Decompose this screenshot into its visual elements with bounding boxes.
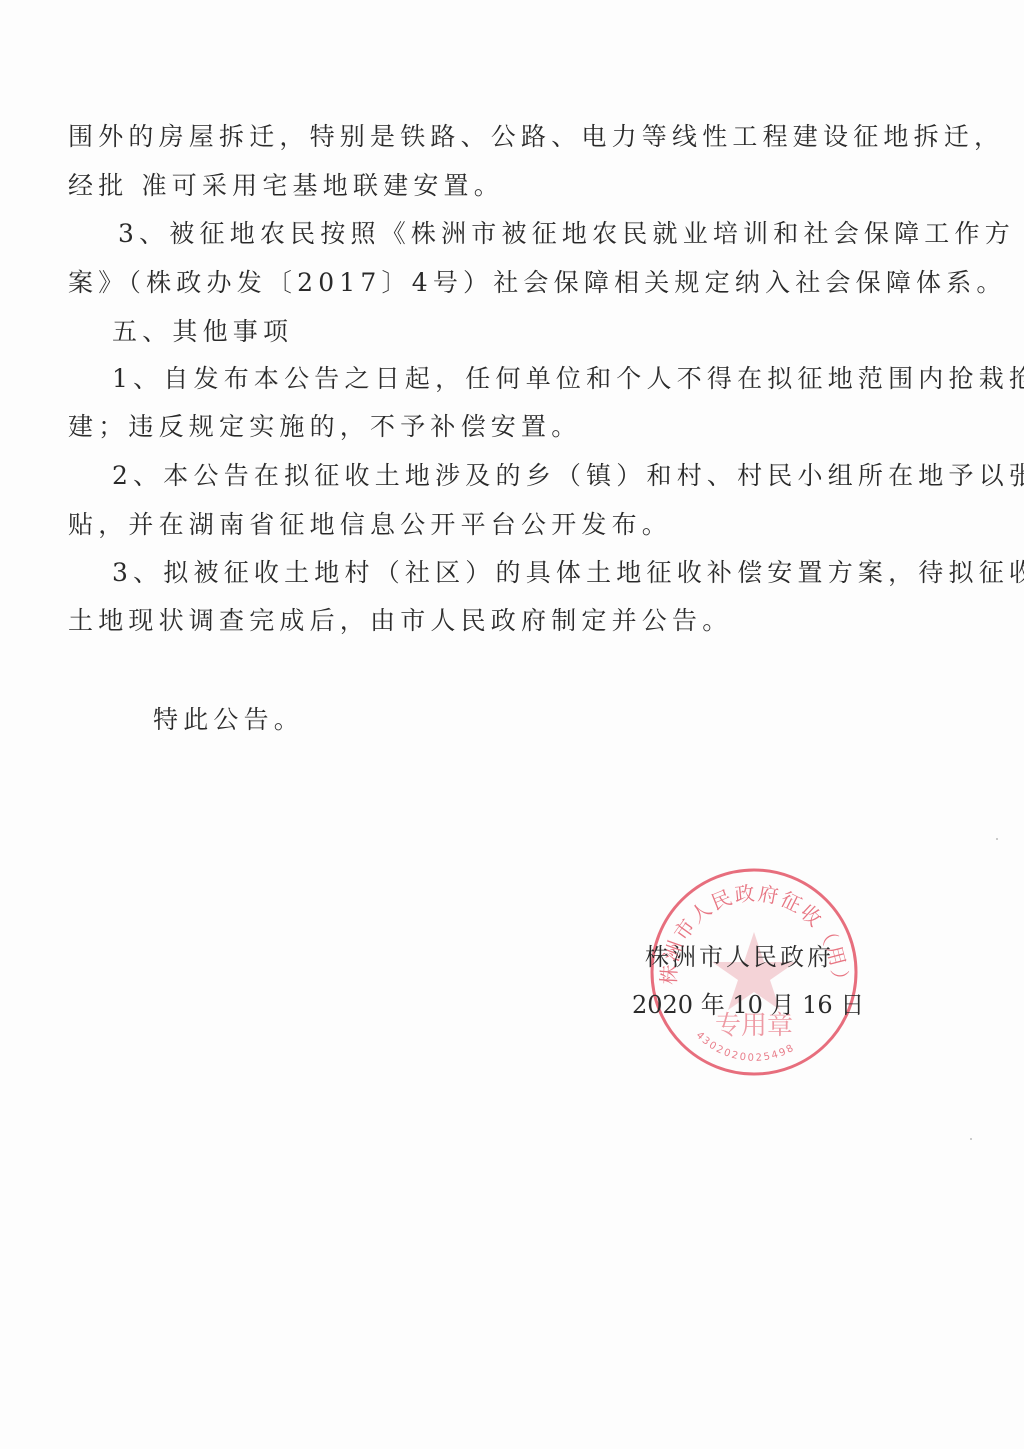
issuer-name: 株洲市人民政府 [645, 942, 834, 972]
official-seal-icon: 株洲市人民政府征收（用）土地公告 专用章 4302020025498 [648, 866, 860, 1078]
section-heading-other-matters: 五、其他事项 [112, 317, 293, 347]
scan-speck [970, 1138, 972, 1140]
body-line-9: 贴，并在湖南省征地信息公开平台公开发布。 [68, 510, 672, 540]
body-line-7: 建；违反规定实施的，不予补偿安置。 [68, 412, 581, 442]
body-line-10: 3、拟被征收土地村（社区）的具体土地征收补偿安置方案，待拟征收 [112, 558, 1024, 588]
issue-date: 2020 年 10 月 16 日 [632, 990, 864, 1020]
closing-statement: 特此公告。 [153, 705, 304, 735]
body-line-11: 土地现状调查完成后，由市人民政府制定并公告。 [68, 606, 732, 636]
body-line-8: 2、本公告在拟征收土地涉及的乡（镇）和村、村民小组所在地予以张 [112, 461, 1024, 491]
body-line-2: 经批 准可采用宅基地联建安置。 [68, 171, 504, 201]
body-line-6: 1、自发布本公告之日起，任何单位和个人不得在拟征地范围内抢栽抢 [112, 364, 1024, 394]
scan-speck [996, 838, 998, 840]
body-line-3: 3、被征地农民按照《株洲市被征地农民就业培训和社会保障工作方 [118, 219, 1015, 249]
body-line-4: 案》（株政办发〔2017〕4号）社会保障相关规定纳入社会保障体系。 [68, 268, 1007, 298]
document-page: 围外的房屋拆迁，特别是铁路、公路、电力等线性工程建设征地拆迁， 经批 准可采用宅… [0, 0, 1024, 1449]
body-line-1: 围外的房屋拆迁，特别是铁路、公路、电力等线性工程建设征地拆迁， [68, 122, 1004, 152]
